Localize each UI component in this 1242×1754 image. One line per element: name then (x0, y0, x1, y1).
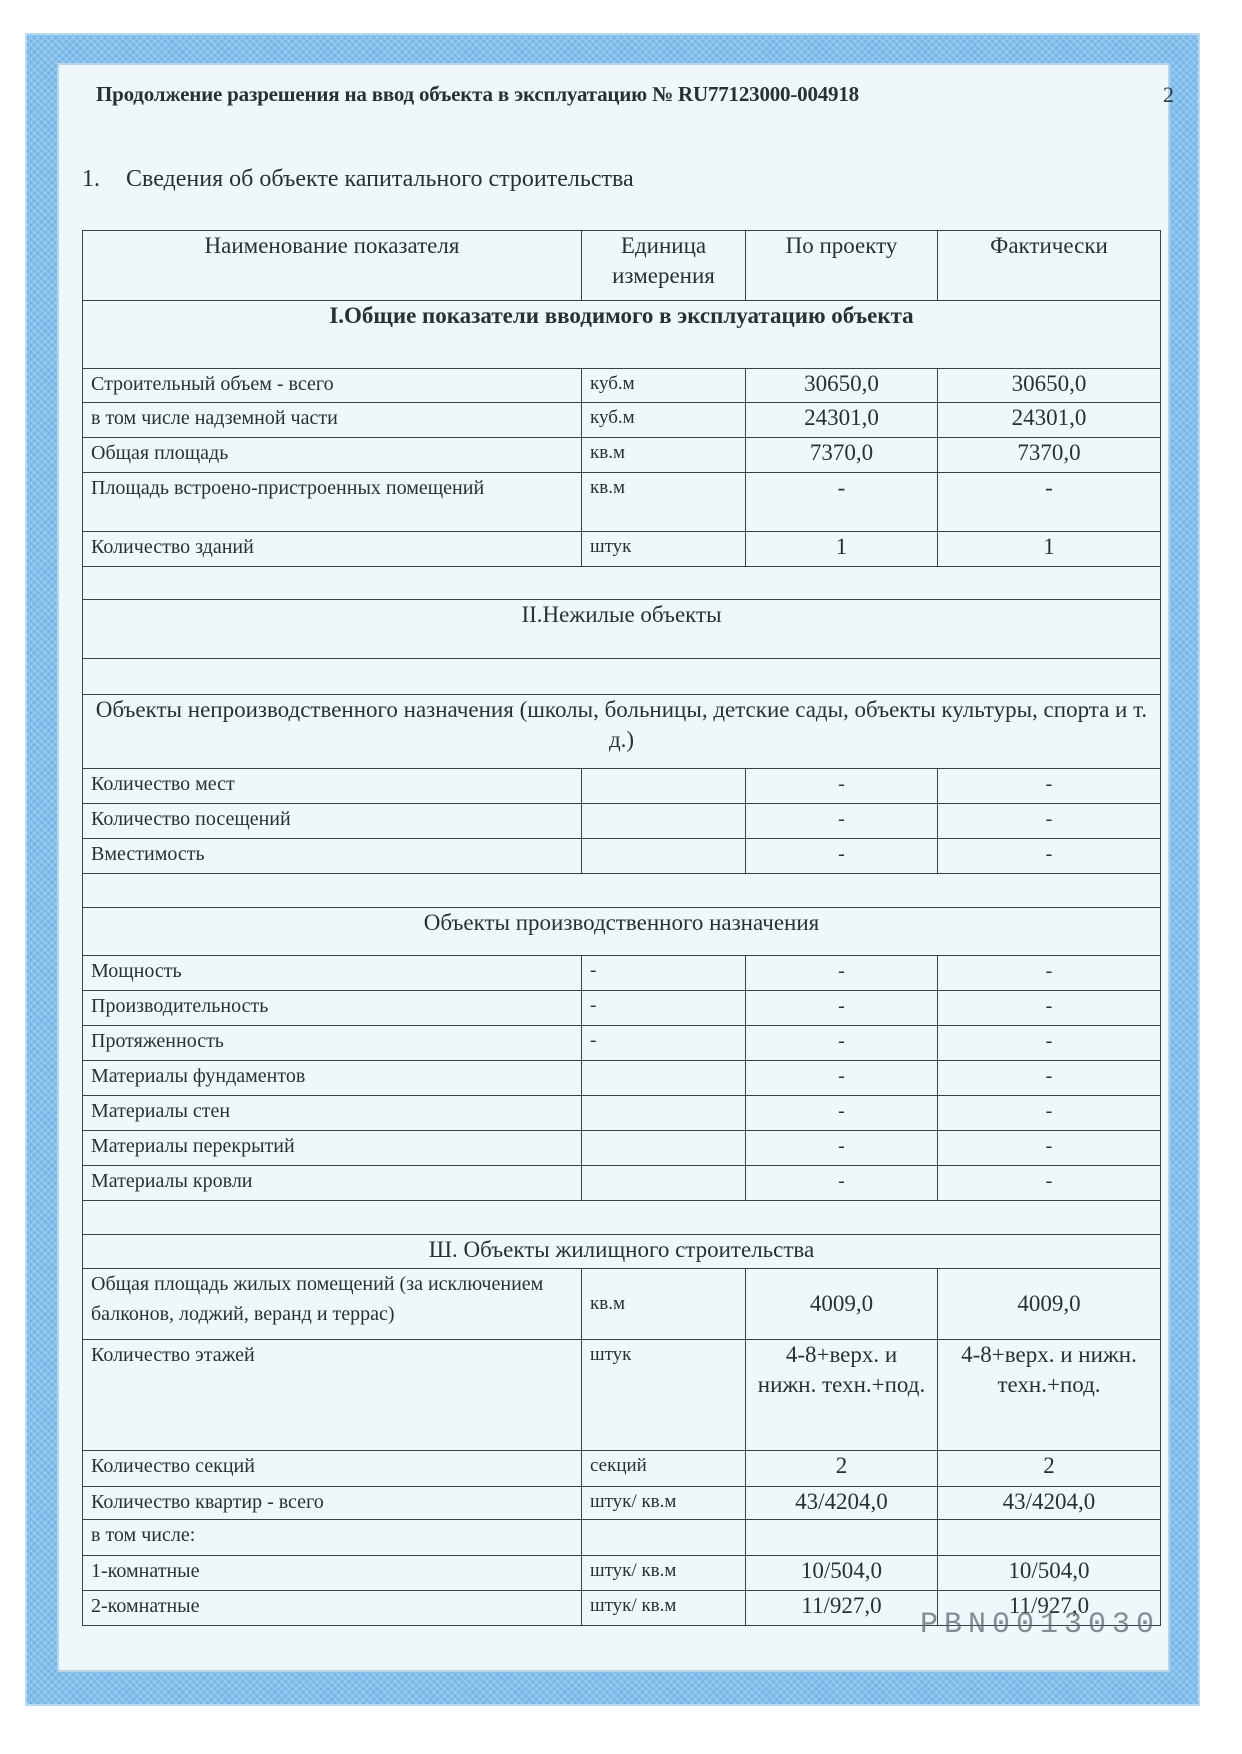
value-actual: - (938, 1061, 1161, 1096)
table-row: Общая площадь жилых помещений (за исключ… (83, 1269, 1161, 1340)
value-actual: - (938, 1026, 1161, 1061)
value-project: - (746, 1061, 938, 1096)
value-actual: 24301,0 (938, 403, 1161, 438)
table-row: Количество квартир - всегоштук/ кв.м43/4… (83, 1487, 1161, 1520)
value-project (746, 1520, 938, 1556)
value-actual: 7370,0 (938, 438, 1161, 473)
empty-row (83, 659, 1161, 695)
value-actual: 4009,0 (938, 1269, 1161, 1340)
table-row: Количество мест-- (83, 769, 1161, 804)
column-header-name: Наименование показателя (83, 231, 582, 301)
value-actual: 30650,0 (938, 369, 1161, 403)
indicator-unit: секций (582, 1451, 746, 1487)
section-title: Сведения об объекте капитального строите… (126, 166, 634, 192)
value-project: - (746, 1026, 938, 1061)
table-row: Материалы перекрытий-- (83, 1131, 1161, 1166)
section-heading-row: Объекты производственного назначения (83, 908, 1161, 956)
indicator-name: 1-комнатные (83, 1556, 582, 1591)
section-heading-row: Ш. Объекты жилищного строительства (83, 1235, 1161, 1269)
value-project: - (746, 991, 938, 1026)
form-serial-number: PBN0013030 (920, 1608, 1160, 1642)
value-project: - (746, 473, 938, 532)
table-header-row: Наименование показателя Единица измерени… (83, 231, 1161, 301)
table-row: 1-комнатныештук/ кв.м10/504,010/504,0 (83, 1556, 1161, 1591)
value-actual: - (938, 769, 1161, 804)
document-header-title: Продолжение разрешения на ввод объекта в… (96, 82, 859, 107)
value-project: - (746, 804, 938, 839)
indicator-name: в том числе: (83, 1520, 582, 1556)
value-actual: 43/4204,0 (938, 1487, 1161, 1520)
indicator-name: Строительный объем - всего (83, 369, 582, 403)
value-project: 24301,0 (746, 403, 938, 438)
empty-cell (83, 567, 1161, 600)
indicator-name: Количество этажей (83, 1340, 582, 1451)
section-number: 1. (82, 166, 126, 193)
table-row: Производительность--- (83, 991, 1161, 1026)
table-row: Количество посещений-- (83, 804, 1161, 839)
indicator-name: Материалы стен (83, 1096, 582, 1131)
section-heading: Объекты непроизводственного назначения (… (83, 695, 1161, 769)
table-row: Количество секцийсекций22 (83, 1451, 1161, 1487)
indicator-name: Количество квартир - всего (83, 1487, 582, 1520)
value-project: 2 (746, 1451, 938, 1487)
indicator-unit: куб.м (582, 403, 746, 438)
indicator-name: Вместимость (83, 839, 582, 874)
indicator-unit: штук/ кв.м (582, 1487, 746, 1520)
value-project: - (746, 1166, 938, 1201)
table-row: Материалы стен-- (83, 1096, 1161, 1131)
table-row: в том числе: (83, 1520, 1161, 1556)
table-row: Общая площадькв.м7370,07370,0 (83, 438, 1161, 473)
value-project: 43/4204,0 (746, 1487, 938, 1520)
section-heading-row: Объекты непроизводственного назначения (… (83, 695, 1161, 769)
value-actual (938, 1520, 1161, 1556)
indicator-unit: штук/ кв.м (582, 1591, 746, 1626)
indicator-name: Материалы перекрытий (83, 1131, 582, 1166)
table-row: Вместимость-- (83, 839, 1161, 874)
column-header-project: По проекту (746, 231, 938, 301)
indicator-unit: - (582, 1026, 746, 1061)
value-project: 4009,0 (746, 1269, 938, 1340)
empty-cell (83, 1201, 1161, 1235)
value-actual: 10/504,0 (938, 1556, 1161, 1591)
table-row: в том числе надземной частикуб.м24301,02… (83, 403, 1161, 438)
table-row: Материалы фундаментов-- (83, 1061, 1161, 1096)
value-actual: 4-8+верх. и нижн. техн.+под. (938, 1340, 1161, 1451)
value-project: 1 (746, 532, 938, 567)
indicator-unit: - (582, 991, 746, 1026)
indicators-table: Наименование показателя Единица измерени… (82, 230, 1161, 1626)
indicator-unit (582, 804, 746, 839)
indicator-unit: штук (582, 532, 746, 567)
value-project: - (746, 1096, 938, 1131)
indicator-name: Количество секций (83, 1451, 582, 1487)
table-row: Строительный объем - всегокуб.м30650,030… (83, 369, 1161, 403)
section-heading: Объекты производственного назначения (83, 908, 1161, 956)
indicator-unit (582, 839, 746, 874)
value-actual: - (938, 1096, 1161, 1131)
indicator-unit: кв.м (582, 473, 746, 532)
value-actual: - (938, 956, 1161, 991)
empty-row (83, 874, 1161, 908)
value-actual: - (938, 473, 1161, 532)
indicator-unit: кв.м (582, 1269, 746, 1340)
value-project: - (746, 769, 938, 804)
value-project: 10/504,0 (746, 1556, 938, 1591)
indicator-name: Количество зданий (83, 532, 582, 567)
value-actual: - (938, 804, 1161, 839)
section-heading: Ш. Объекты жилищного строительства (83, 1235, 1161, 1269)
column-header-actual: Фактически (938, 231, 1161, 301)
value-project: 4-8+верх. и нижн. техн.+под. (746, 1340, 938, 1451)
indicator-name: Площадь встроено-пристроенных помещений (83, 473, 582, 532)
indicator-unit: штук (582, 1340, 746, 1451)
value-project: - (746, 839, 938, 874)
empty-cell (83, 659, 1161, 695)
indicator-unit (582, 1131, 746, 1166)
indicator-unit (582, 1061, 746, 1096)
indicator-name: Количество посещений (83, 804, 582, 839)
value-actual: 1 (938, 532, 1161, 567)
indicator-name: Материалы фундаментов (83, 1061, 582, 1096)
value-actual: - (938, 1166, 1161, 1201)
table-row: Количество зданийштук11 (83, 532, 1161, 567)
indicator-name: Материалы кровли (83, 1166, 582, 1201)
indicator-unit (582, 1096, 746, 1131)
indicator-name: 2-комнатные (83, 1591, 582, 1626)
value-project: 30650,0 (746, 369, 938, 403)
indicator-unit: куб.м (582, 369, 746, 403)
indicator-name: Производительность (83, 991, 582, 1026)
indicator-unit: штук/ кв.м (582, 1556, 746, 1591)
column-header-unit: Единица измерения (582, 231, 746, 301)
indicator-name: Общая площадь жилых помещений (за исключ… (83, 1269, 582, 1340)
value-project: 7370,0 (746, 438, 938, 473)
value-actual: - (938, 1131, 1161, 1166)
section-heading-row: I.Общие показатели вводимого в эксплуата… (83, 301, 1161, 369)
table-row: Протяженность--- (83, 1026, 1161, 1061)
indicator-name: Протяженность (83, 1026, 582, 1061)
page-number: 2 (1163, 82, 1174, 108)
section-heading: 1.Сведения об объекте капитального строи… (82, 166, 634, 193)
indicator-name: Общая площадь (83, 438, 582, 473)
table-row: Количество этажейштук4-8+верх. и нижн. т… (83, 1340, 1161, 1451)
empty-row (83, 567, 1161, 600)
value-actual: 2 (938, 1451, 1161, 1487)
empty-cell (83, 874, 1161, 908)
indicator-unit (582, 769, 746, 804)
indicator-unit (582, 1166, 746, 1201)
indicator-name: в том числе надземной части (83, 403, 582, 438)
indicator-unit: кв.м (582, 438, 746, 473)
section-heading: II.Нежилые объекты (83, 600, 1161, 659)
value-actual: - (938, 839, 1161, 874)
value-actual: - (938, 991, 1161, 1026)
section-heading-row: II.Нежилые объекты (83, 600, 1161, 659)
value-project: - (746, 956, 938, 991)
indicator-name: Мощность (83, 956, 582, 991)
table-row: Мощность--- (83, 956, 1161, 991)
empty-row (83, 1201, 1161, 1235)
indicator-unit (582, 1520, 746, 1556)
value-project: 11/927,0 (746, 1591, 938, 1626)
indicator-name: Количество мест (83, 769, 582, 804)
value-project: - (746, 1131, 938, 1166)
table-row: Материалы кровли-- (83, 1166, 1161, 1201)
section-heading: I.Общие показатели вводимого в эксплуата… (83, 301, 1161, 369)
indicator-unit: - (582, 956, 746, 991)
table-row: Площадь встроено-пристроенных помещенийк… (83, 473, 1161, 532)
